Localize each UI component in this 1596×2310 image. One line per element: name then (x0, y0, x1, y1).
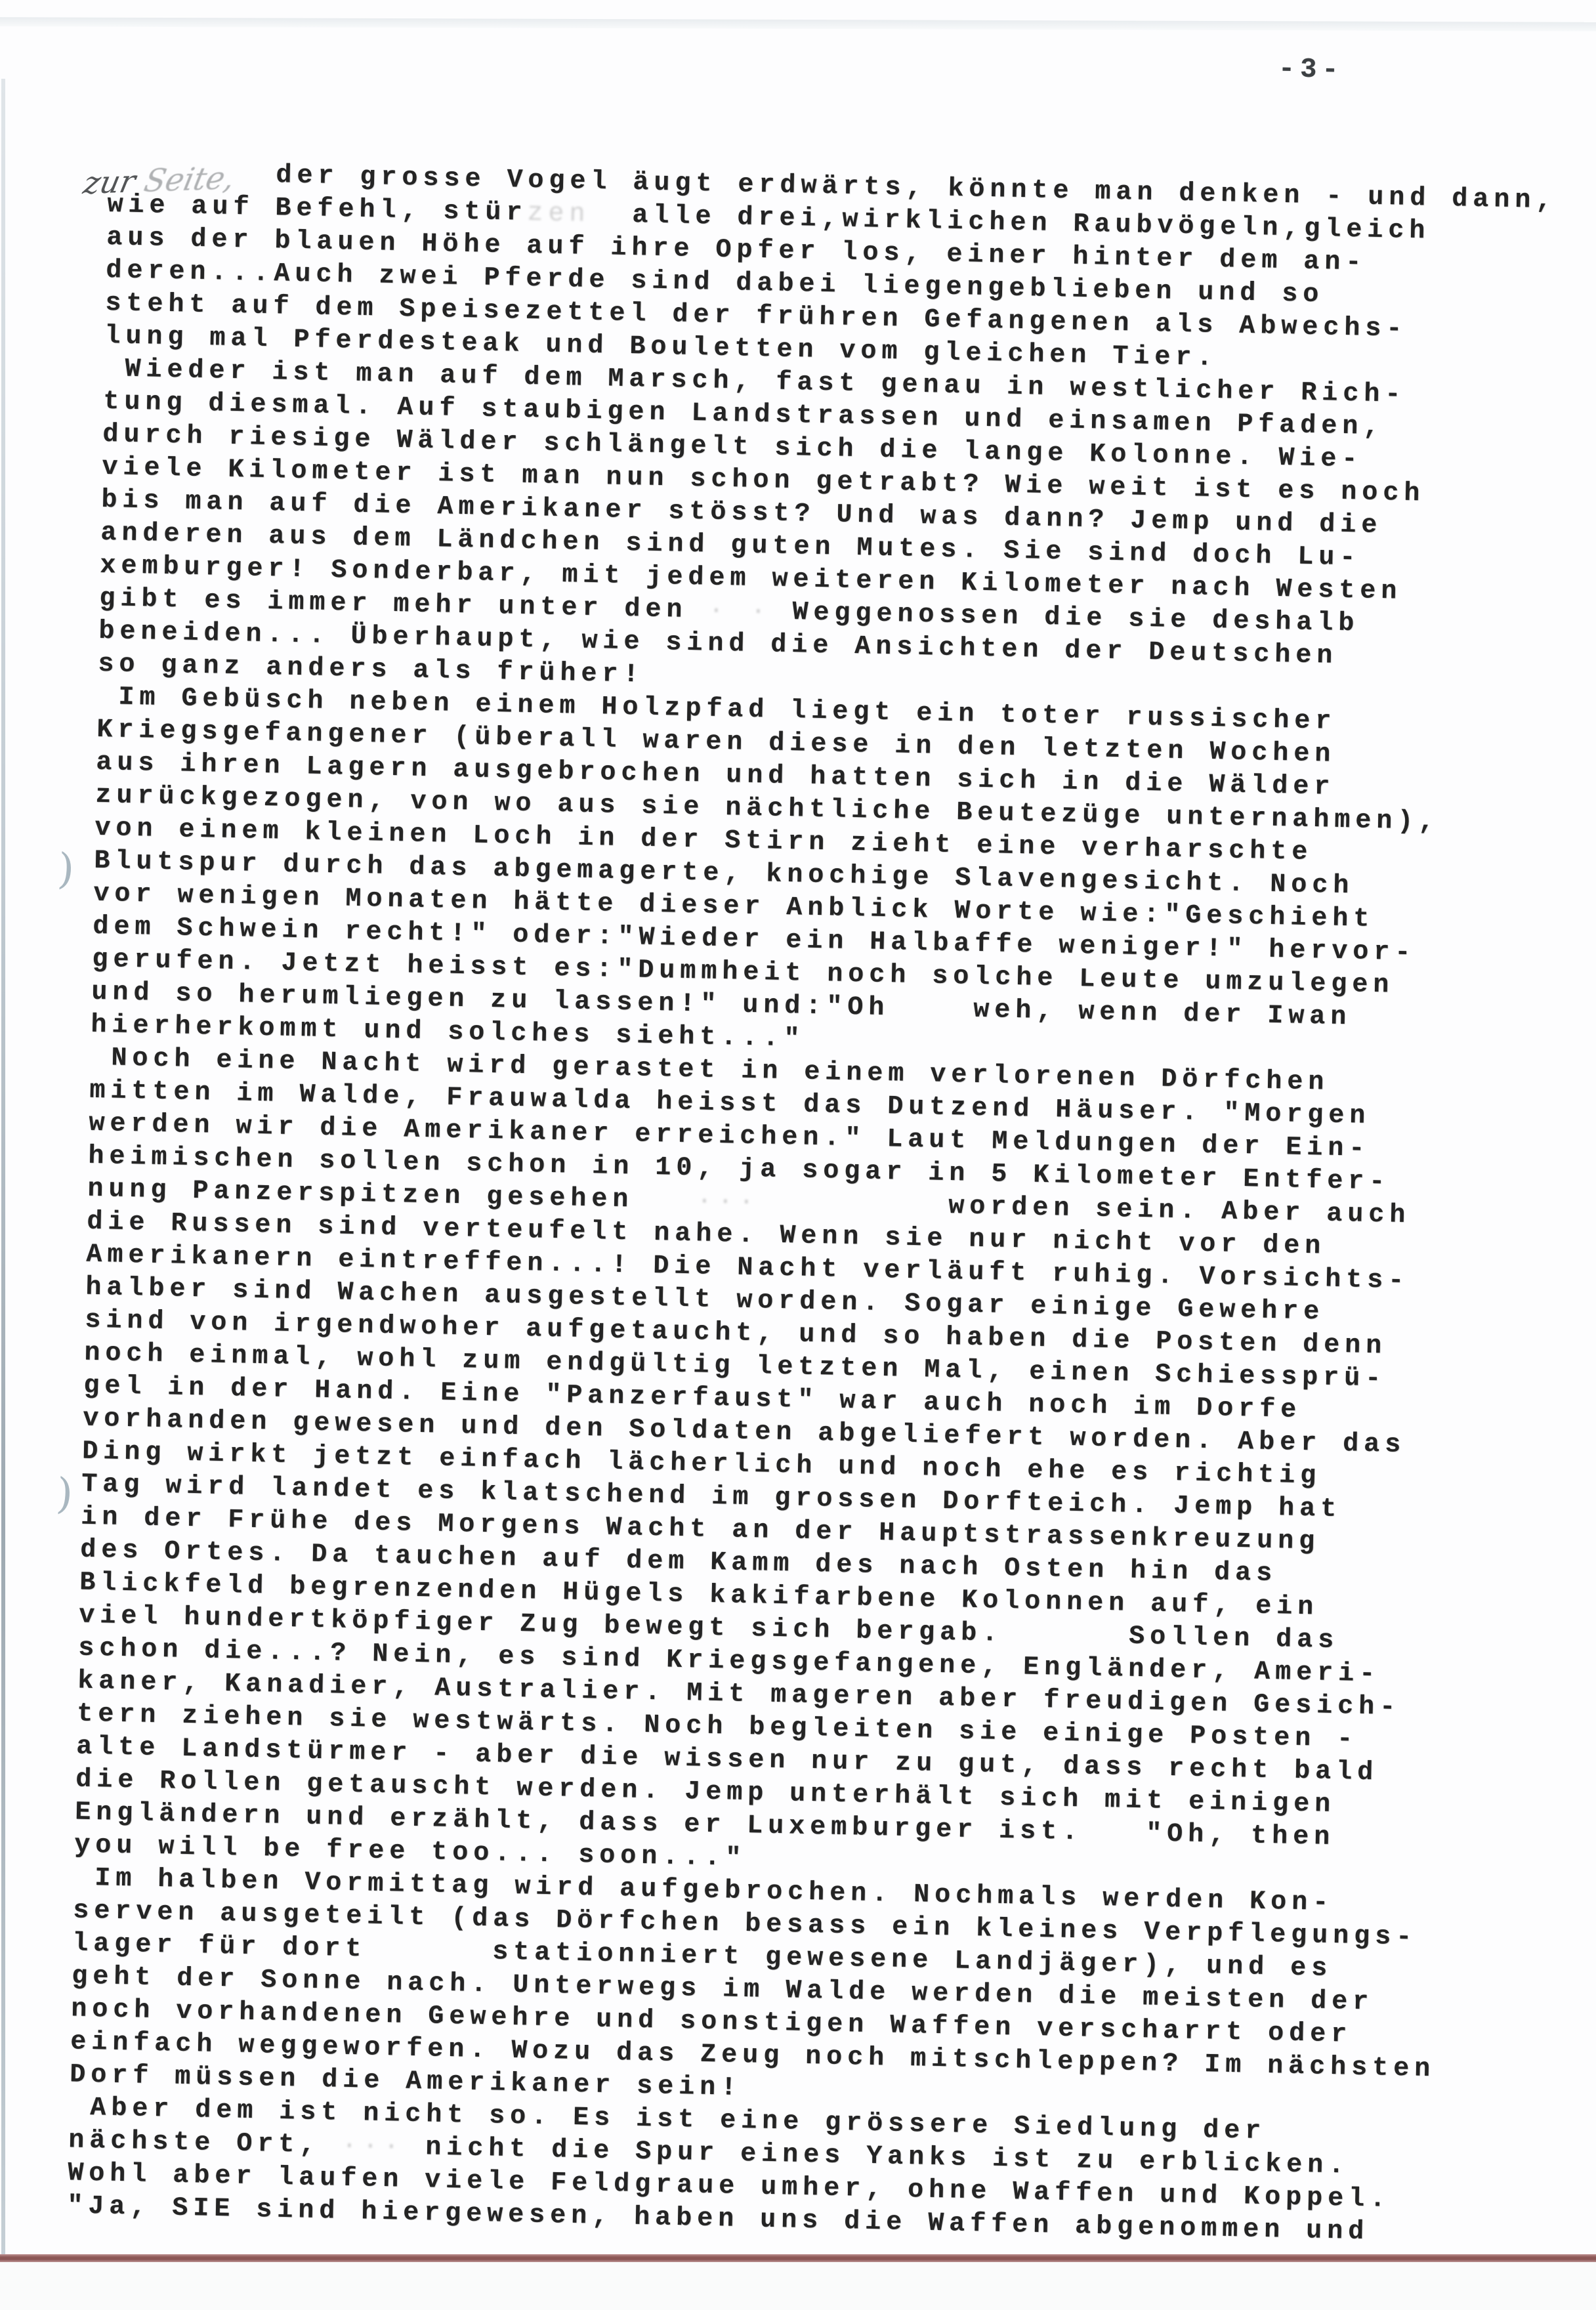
pen-margin-mark: ) (56, 845, 75, 894)
scan-edge-top-band (0, 17, 1596, 31)
scan-edge-left-line (1, 79, 5, 2310)
page-number: -3- (1278, 53, 1345, 86)
typewritten-text-block: der grosse Vogel äugt erdwärts, könnte m… (67, 156, 1591, 2253)
scanned-page: -3- zur Seite, ) ) der grosse Vogel äugt… (0, 0, 1596, 2310)
pen-margin-mark: ) (54, 1469, 74, 1519)
scan-below-page-area (0, 2262, 1596, 2310)
scan-bottom-red-line (0, 2254, 1596, 2262)
